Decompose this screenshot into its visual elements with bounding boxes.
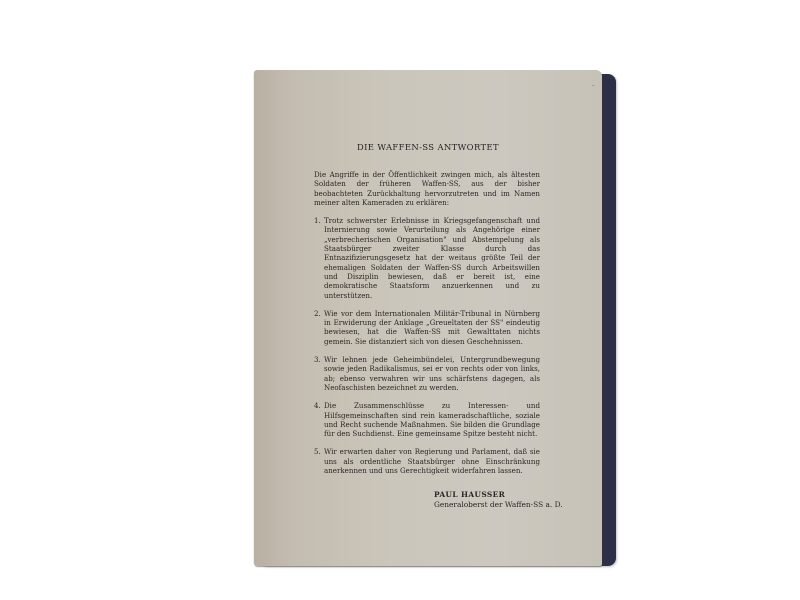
item-number: 3.: [314, 355, 324, 392]
item-text: Wie vor dem Internationalen Militär-Trib…: [324, 309, 540, 346]
list-item: 3. Wir lehnen jede Geheimbündelei, Unter…: [314, 355, 540, 392]
item-text: Wir erwarten daher von Regierung und Par…: [324, 447, 540, 475]
list-item: 2. Wie vor dem Internationalen Militär-T…: [314, 309, 540, 346]
booklet-page: · DIE WAFFEN-SS ANTWORTET Die Angriffe i…: [254, 70, 602, 566]
signature-rank: Generaloberst der Waffen-SS a. D.: [434, 500, 563, 510]
signature-name: PAUL HAUSSER: [434, 490, 563, 500]
item-text: Trotz schwerster Erlebnisse in Kriegsgef…: [324, 216, 540, 300]
item-number: 1.: [314, 216, 324, 300]
list-item: 5. Wir erwarten daher von Regierung und …: [314, 447, 540, 475]
list-item: 1. Trotz schwerster Erlebnisse in Kriegs…: [314, 216, 540, 300]
intro-paragraph: Die Angriffe in der Öffentlichkeit zwing…: [314, 170, 540, 207]
item-text: Die Zusammenschlüsse zu Interessen- und …: [324, 401, 540, 438]
list-item: 4. Die Zusammenschlüsse zu Interessen- u…: [314, 401, 540, 438]
signature-block: PAUL HAUSSER Generaloberst der Waffen-SS…: [434, 490, 563, 510]
item-number: 2.: [314, 309, 324, 346]
corner-mark: ·: [592, 84, 594, 89]
page-body: Die Angriffe in der Öffentlichkeit zwing…: [314, 170, 540, 484]
item-number: 5.: [314, 447, 324, 475]
page-title: DIE WAFFEN-SS ANTWORTET: [254, 142, 602, 152]
item-number: 4.: [314, 401, 324, 438]
item-text: Wir lehnen jede Geheimbündelei, Untergru…: [324, 355, 540, 392]
